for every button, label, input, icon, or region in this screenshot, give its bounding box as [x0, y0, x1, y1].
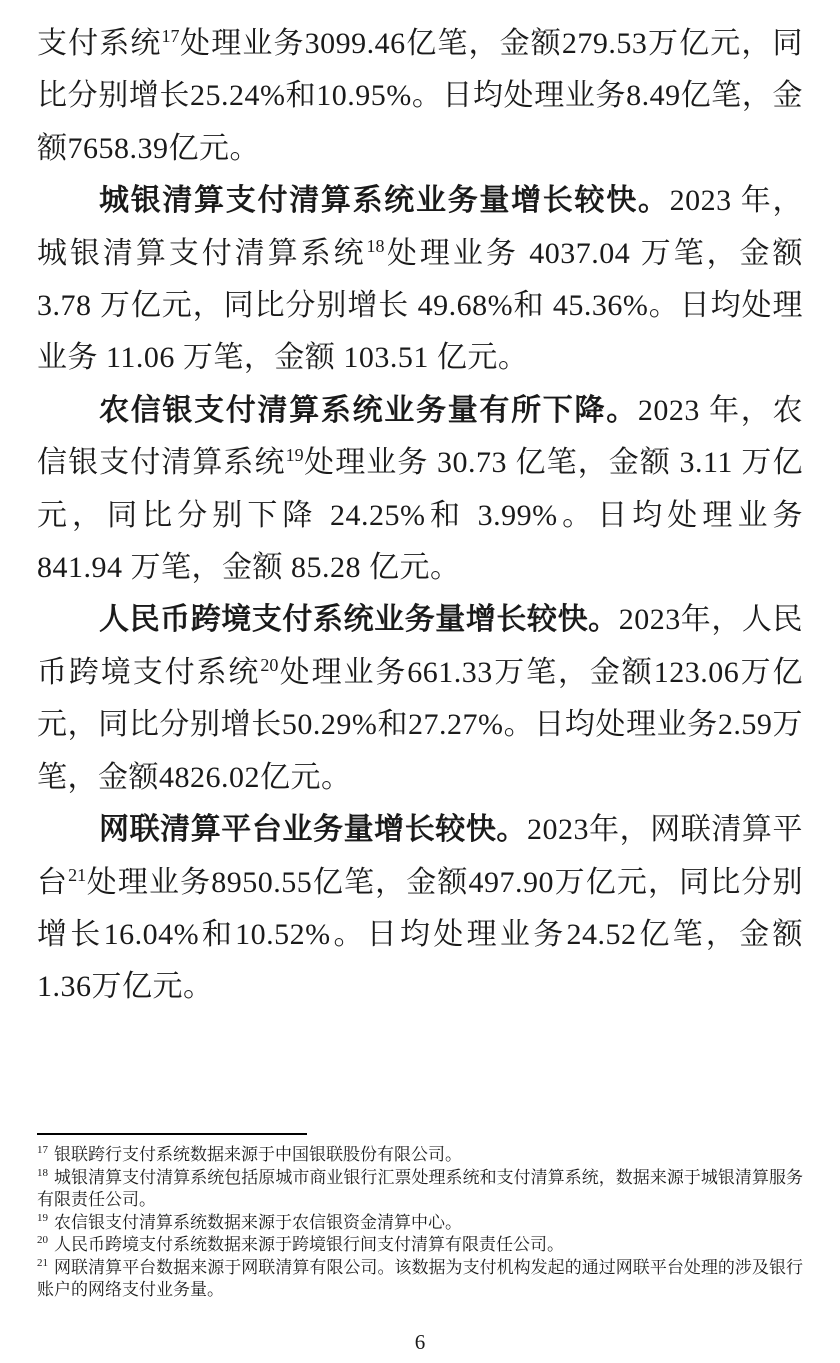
footnote-list: 17银联跨行支付系统数据来源于中国银联股份有限公司。18城银清算支付清算系统包括…: [37, 1144, 803, 1302]
paragraph-heading: 农信银支付清算系统业务量有所下降。: [99, 394, 638, 427]
footnote-number: 17: [37, 1144, 48, 1156]
body-paragraph: 农信银支付清算系统业务量有所下降。2023 年，农信银支付清算系统19处理业务 …: [37, 385, 803, 595]
body-paragraph: 支付系统17处理业务3099.46亿笔，金额279.53万亿元，同比分别增长25…: [37, 18, 803, 175]
footnote-text: 网联清算平台数据来源于网联清算有限公司。该数据为支付机构发起的通过网联平台处理的…: [37, 1258, 803, 1300]
footnotes-section: 17银联跨行支付系统数据来源于中国银联股份有限公司。18城银清算支付清算系统包括…: [37, 1133, 803, 1302]
footnote-ref: 17: [162, 26, 180, 46]
paragraph-heading: 人民币跨境支付系统业务量增长较快。: [99, 603, 619, 636]
paragraph-text: 处理业务8950.55亿笔，金额497.90万亿元，同比分别增长16.04%和1…: [37, 866, 803, 1004]
footnote-text: 人民币跨境支付系统数据来源于跨境银行间支付清算有限责任公司。: [54, 1235, 564, 1254]
footnote-ref: 18: [367, 236, 385, 256]
body-text: 支付系统17处理业务3099.46亿笔，金额279.53万亿元，同比分别增长25…: [37, 18, 803, 1014]
body-paragraph: 人民币跨境支付系统业务量增长较快。2023年，人民币跨境支付系统20处理业务66…: [37, 594, 803, 804]
page-number: 6: [0, 1330, 840, 1355]
footnote: 18城银清算支付清算系统包括原城市商业银行汇票处理系统和支付清算系统，数据来源于…: [37, 1167, 803, 1212]
footnote-ref: 19: [286, 445, 304, 465]
paragraph-heading: 网联清算平台业务量增长较快。: [99, 813, 527, 846]
footnote: 17银联跨行支付系统数据来源于中国银联股份有限公司。: [37, 1144, 803, 1167]
footnote: 19农信银支付清算系统数据来源于农信银资金清算中心。: [37, 1212, 803, 1235]
footnote: 20人民币跨境支付系统数据来源于跨境银行间支付清算有限责任公司。: [37, 1234, 803, 1257]
footnote-number: 18: [37, 1167, 48, 1179]
footnote-number: 19: [37, 1212, 48, 1224]
paragraph-heading: 城银清算支付清算系统业务量增长较快。: [99, 184, 670, 217]
footnote-separator: [37, 1133, 307, 1135]
body-paragraph: 城银清算支付清算系统业务量增长较快。2023 年，城银清算支付清算系统18处理业…: [37, 175, 803, 385]
footnote: 21网联清算平台数据来源于网联清算有限公司。该数据为支付机构发起的通过网联平台处…: [37, 1257, 803, 1302]
document-page: 支付系统17处理业务3099.46亿笔，金额279.53万亿元，同比分别增长25…: [0, 0, 840, 1363]
footnote-number: 21: [37, 1257, 48, 1269]
body-paragraph: 网联清算平台业务量增长较快。2023年，网联清算平台21处理业务8950.55亿…: [37, 804, 803, 1014]
footnote-ref: 20: [260, 655, 278, 675]
footnote-text: 城银清算支付清算系统包括原城市商业银行汇票处理系统和支付清算系统，数据来源于城银…: [37, 1168, 803, 1210]
footnote-text: 银联跨行支付系统数据来源于中国银联股份有限公司。: [54, 1145, 462, 1164]
footnote-text: 农信银支付清算系统数据来源于农信银资金清算中心。: [54, 1213, 462, 1232]
footnote-ref: 21: [68, 865, 86, 885]
paragraph-text: 支付系统: [37, 27, 162, 60]
footnote-number: 20: [37, 1234, 48, 1246]
